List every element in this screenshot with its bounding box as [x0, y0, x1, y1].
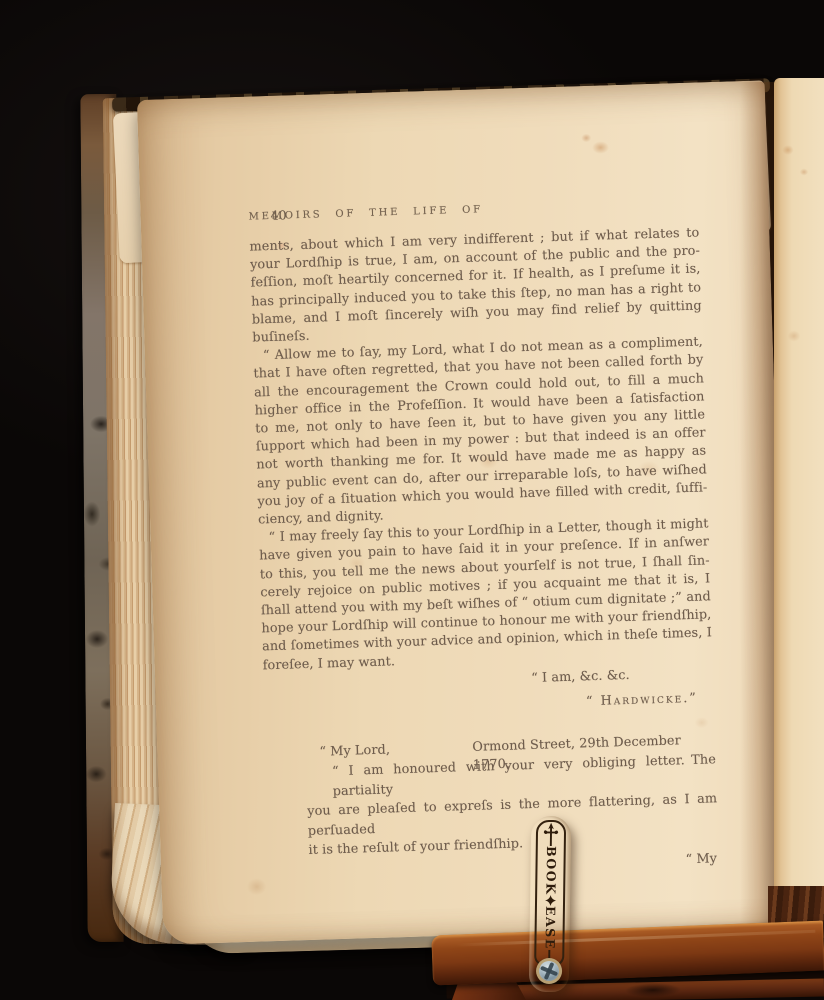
fleur-ornament-top-icon: [541, 822, 561, 846]
salutation-row: “ My Lord, Ormond Street, 29th December …: [305, 732, 715, 764]
printed-text-block: 40 MEMOIRS OF THE LIFE OF ments, about w…: [248, 194, 719, 882]
bookease-page-holder-strip: BOOK EASE: [529, 816, 571, 993]
bookease-word-ease: EASE: [543, 906, 556, 950]
letter-signoff: “ I am, &c. &c.: [531, 664, 713, 688]
gutter-shadow: [740, 82, 776, 928]
paragraph-2: “ Allow me to ſay, my Lord, what I do no…: [253, 334, 708, 530]
bookease-word-book: BOOK: [544, 846, 557, 896]
letter-signature-hardwicke: “ Hardwicke.”: [586, 689, 715, 711]
book-page-40: 40 MEMOIRS OF THE LIFE OF ments, about w…: [137, 80, 791, 944]
dateline: Ormond Street, 29th December 1770.: [472, 732, 716, 776]
page-header-row: 40 MEMOIRS OF THE LIFE OF: [248, 194, 698, 222]
running-header: MEMOIRS OF THE LIFE OF: [248, 201, 483, 227]
strip-content: BOOK EASE: [529, 822, 571, 961]
paragraph-3: “ I may freely ſay this to your Lordſhip…: [258, 516, 712, 676]
facing-page-edge: [774, 78, 824, 896]
second-letter: “ My Lord, Ormond Street, 29th December …: [305, 732, 719, 882]
paragraph-1: ments, about which I am very indifferent…: [249, 224, 702, 347]
salutation: “ My Lord,: [319, 742, 390, 762]
star-separator-icon: [544, 895, 555, 906]
photograph-of-open-book: 40 MEMOIRS OF THE LIFE OF ments, about w…: [0, 0, 824, 1000]
